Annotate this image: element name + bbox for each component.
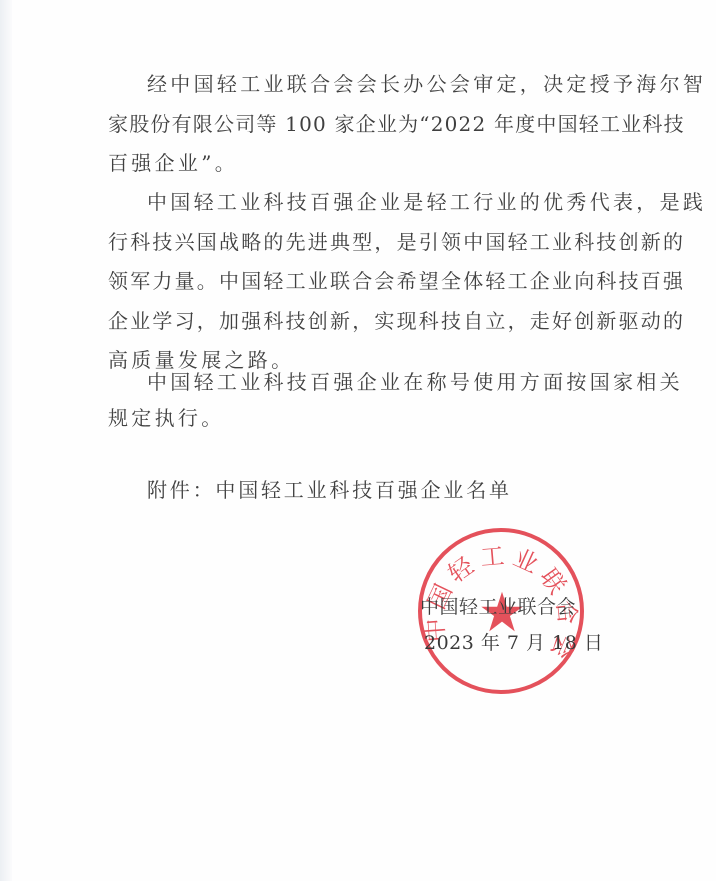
page-edge-shadow <box>0 0 12 881</box>
paragraph-2-line-2: 行科技兴国战略的先进典型，是引领中国轻工业科技创新的 <box>108 230 618 254</box>
attachment-note: 附件：中国轻工业科技百强企业名单 <box>147 478 657 502</box>
paragraph-1-line-1: 经中国轻工业联合会会长办公会审定，决定授予海尔智 <box>147 72 657 96</box>
paragraph-2-line-1: 中国轻工业科技百强企业是轻工行业的优秀代表，是践 <box>147 190 657 214</box>
paragraph-2-line-4: 企业学习，加强科技创新，实现科技自立，走好创新驱动的 <box>108 309 618 333</box>
paragraph-2-line-3: 领军力量。中国轻工业联合会希望全体轻工企业向科技百强 <box>108 269 618 293</box>
paragraph-2-line-5: 高质量发展之路。 <box>108 348 618 372</box>
signature-date: 2023 年 7 月 18 日 <box>424 628 603 655</box>
paragraph-1-line-3: 百强企业”。 <box>108 151 618 175</box>
paragraph-3-line-1: 中国轻工业科技百强企业在称号使用方面按国家相关 <box>147 370 657 394</box>
document-page: 经中国轻工业联合会会长办公会审定，决定授予海尔智 家股份有限公司等 100 家企… <box>0 0 716 881</box>
paragraph-1-line-2: 家股份有限公司等 100 家企业为“2022 年度中国轻工业科技 <box>108 112 618 136</box>
signature-organization: 中国轻工业联合会 <box>420 592 576 619</box>
paragraph-3-line-2: 规定执行。 <box>108 406 618 430</box>
